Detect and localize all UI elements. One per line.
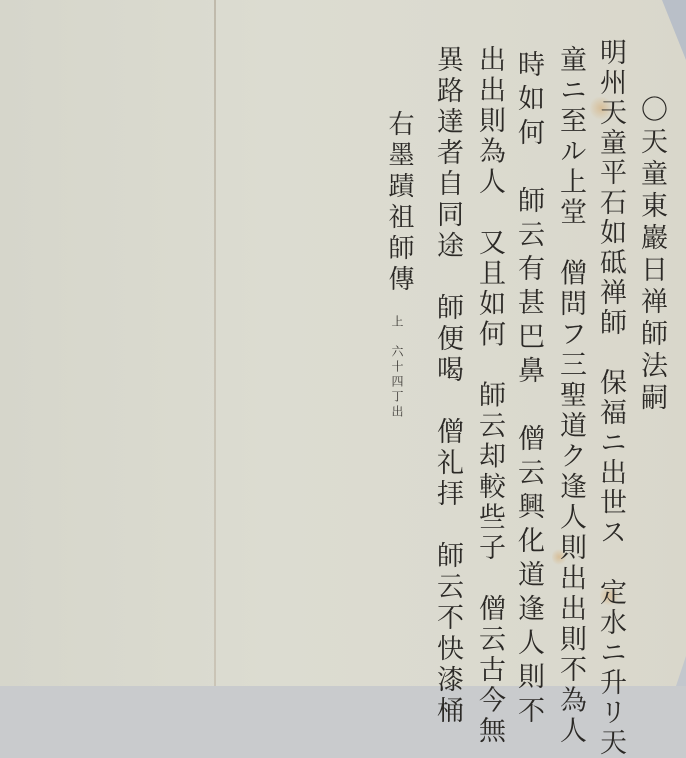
text-column-5: 異路達者自同途 師便喝 僧礼拝 師云不快漆桶 xyxy=(434,45,461,686)
title-column: 〇天童東巖日禅師法嗣 xyxy=(638,95,665,415)
text-column-1: 明州天童平石如砥禅師 保福ニ出世ス 定水ニ升リ天 xyxy=(597,38,624,686)
text-column-3: 時如何 師云有甚巴鼻 僧云興化道逢人則不 xyxy=(515,50,542,686)
source-attribution: 右墨蹟祖師傳 xyxy=(386,110,412,296)
paper-corner-bottom-right xyxy=(676,656,686,686)
text-column-4: 出出則為人 又且如何 師云却較些子 僧云古今無 xyxy=(476,45,503,686)
paper-fold-line xyxy=(214,0,216,686)
page-reference-note: 上 六十四丁出 xyxy=(391,315,403,420)
text-column-2: 童ニ至ル上堂 僧問フ三聖道ク逢人則出出則不為人 xyxy=(557,45,584,686)
paper-corner-top-right xyxy=(662,0,686,60)
manuscript-sheet: 〇天童東巖日禅師法嗣 明州天童平石如砥禅師 保福ニ出世ス 定水ニ升リ天 童ニ至ル… xyxy=(0,0,686,686)
